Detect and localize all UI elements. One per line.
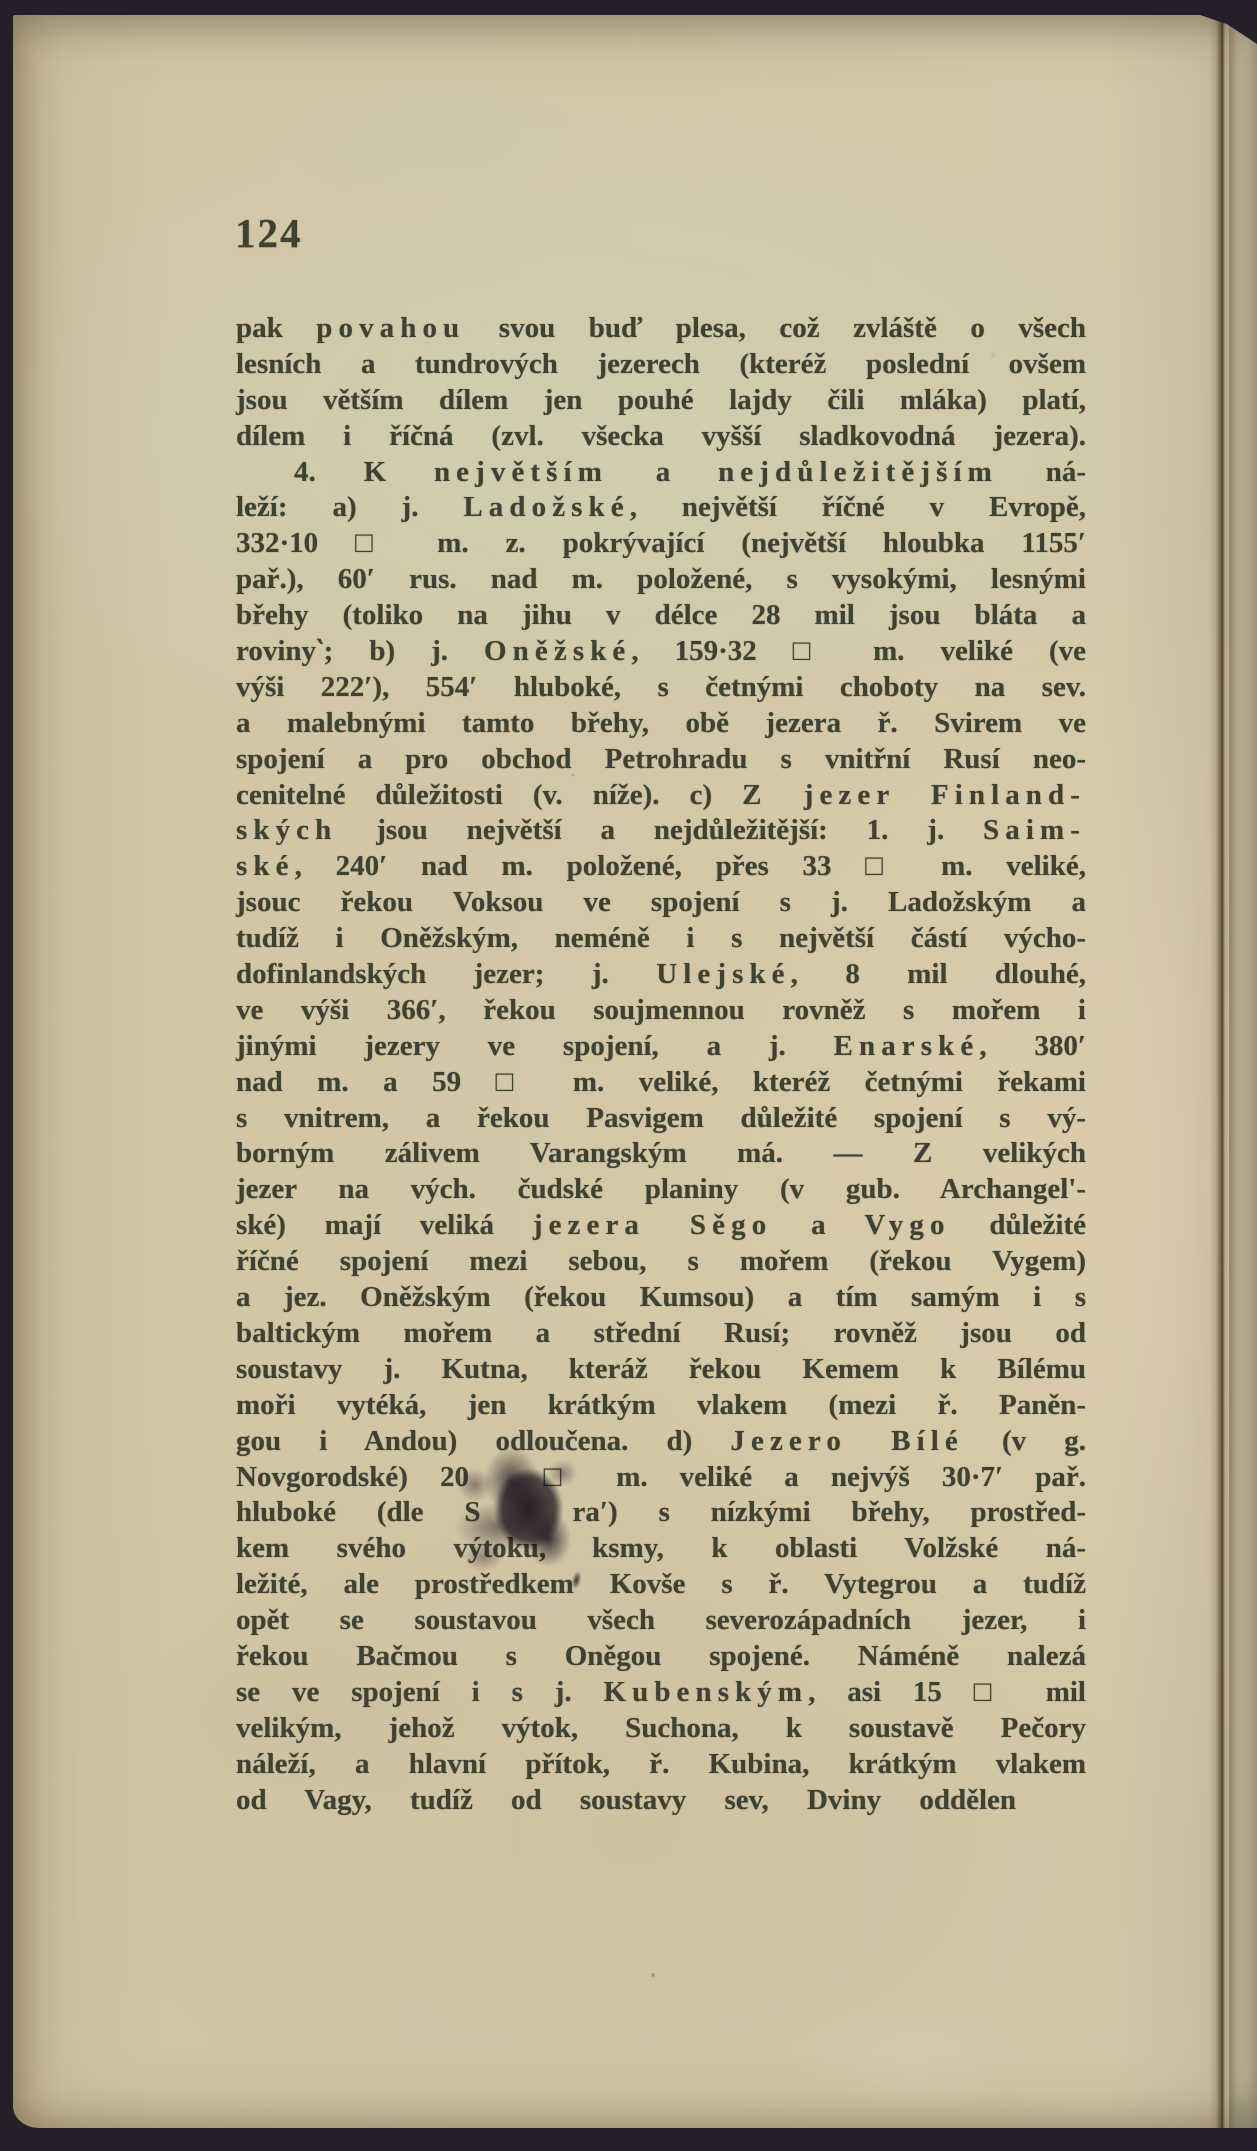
text-segment: Ulejské <box>656 958 790 990</box>
text-segment: Novgorodské) 20 <box>236 1461 469 1493</box>
text-line: opět se soustavou všech severozápadních … <box>236 1603 1086 1639</box>
text-segment: moři vytéká, jen krátkým vlakem (mezi ř.… <box>236 1389 1086 1421</box>
text-segment: , 380′ <box>979 1030 1086 1062</box>
text-line: soustavy j. Kutna, kteráž řekou Kemem k … <box>236 1352 1086 1388</box>
text-segment: cenitelné důležitosti (v. níže). c) <box>236 779 742 811</box>
text-line: roviny‵; b) j. Oněžské, 159·32 □ m. veli… <box>236 634 1086 670</box>
ink-blot <box>452 1440 594 1590</box>
text-line: a malebnými tamto břehy, obě jezera ř. S… <box>236 706 1086 742</box>
text-line: nad m. a 59 □ m. veliké, kteréž četnými … <box>236 1065 1086 1101</box>
text-line: kem svého výtoku,ksmy, k oblasti Volžské… <box>236 1531 1086 1567</box>
text-line: ské, 240′ nad m. položené, přes 33 □ m. … <box>236 849 1086 885</box>
text-line: gou i Andou) odloučena. d) Jezero Bílé (… <box>236 1424 1086 1460</box>
text-line: jezer na vých. čudské planiny (v gub. Ar… <box>236 1172 1086 1208</box>
text-line: od Vagy, tudíž od soustavy sev, Dviny od… <box>236 1783 1016 1819</box>
text-segment: tudíž i Oněžským, neméně i s největší čá… <box>236 922 1086 954</box>
text-segment: dílem i říčná (zvl. všecka vyšší sladkov… <box>236 420 1086 452</box>
text-segment: od Vagy, tudíž od soustavy sev, Dviny od… <box>236 1784 1016 1816</box>
text-segment: se ve spojení i s j. <box>236 1676 603 1708</box>
text-segment: povahou <box>316 312 465 344</box>
text-segment: □ m. veliké a nejvýš 30·7′ pař. <box>521 1461 1086 1493</box>
text-segment: Jezero Bílé <box>730 1425 963 1457</box>
text-segment: s vnitrem, a řekou Pasvigem důležité spo… <box>236 1102 1086 1134</box>
page-fold-shadow <box>1209 15 1229 2128</box>
text-segment: nejdůležitějším <box>718 456 998 488</box>
text-segment: ra′) s nízkými břehy, prostřed- <box>573 1496 1086 1528</box>
text-segment: Enarské <box>834 1030 980 1062</box>
text-line: ve výši 366′, řekou soujmennou rovněž s … <box>236 993 1086 1029</box>
text-segment: důležité <box>951 1209 1086 1241</box>
text-line: leží: a) j. Ladožské, největší říčné v E… <box>236 490 1086 526</box>
text-segment: náleží, a hlavní přítok, ř. Kubina, krát… <box>236 1748 1086 1780</box>
text-segment: 332·10 □ m. z. pokrývající (největší hlo… <box>236 527 1086 559</box>
text-segment: svou buď plesa, což zvláště o všech <box>465 312 1086 344</box>
text-line: 4. K největším a nejdůležitějším ná- <box>236 455 1086 491</box>
text-segment: ležité, ale prostředkem Kovše s ř. Vyteg… <box>236 1568 1086 1600</box>
text-line: řekou Bačmou s Oněgou spojené. Náméně na… <box>236 1639 1086 1675</box>
text-segment: Oněžské <box>484 635 631 667</box>
text-segment: , 8 mil dlouhé, <box>791 958 1086 990</box>
text-line: jsouc řekou Voksou ve spojení s j. Ladož… <box>236 885 1086 921</box>
text-line: ské) mají veliká jezera Sěgo a Vygo důle… <box>236 1208 1086 1244</box>
text-segment: , 240′ nad m. položené, přes 33 □ m. vel… <box>295 850 1086 882</box>
text-segment: Ladožské <box>463 491 629 523</box>
text-line: břehy (toliko na jihu v délce 28 mil jso… <box>236 598 1086 634</box>
text-segment: jsou větším dílem jen pouhé lajdy čili m… <box>236 384 1086 416</box>
text-segment: baltickým mořem a střední Rusí; rovněž j… <box>236 1317 1086 1349</box>
text-segment: a <box>772 1209 864 1241</box>
text-line: pak povahou svou buď plesa, což zvláště … <box>236 311 1086 347</box>
text-segment: výši 222′), 554′ hluboké, s četnými chob… <box>236 671 1086 703</box>
book-scan: 124 pak povahou svou buď plesa, což zvlá… <box>0 0 1257 2151</box>
text-line: ležité, ale prostředkem Kovše s ř. Vyteg… <box>236 1567 1086 1603</box>
page-number: 124 <box>235 209 303 257</box>
text-segment: a jez. Oněžským (řekou Kumsou) a tím sam… <box>236 1281 1086 1313</box>
text-line: spojení a pro obchod Petrohradu s vnitřn… <box>236 742 1086 778</box>
text-segment: borným zálivem Varangským má. — Z veliký… <box>236 1137 1086 1169</box>
text-line: a jez. Oněžským (řekou Kumsou) a tím sam… <box>236 1280 1086 1316</box>
text-line: lesních a tundrových jezerech (kteréž po… <box>236 347 1086 383</box>
text-segment: ve výši 366′, řekou soujmennou rovněž s … <box>236 994 1086 1026</box>
text-line: cenitelné důležitosti (v. níže). c) Z je… <box>236 778 1086 814</box>
text-line: ských jsou největší a nejdůležitější: 1.… <box>236 813 1086 849</box>
adjacent-page-edge <box>1229 15 1257 2128</box>
text-segment: ských <box>236 814 337 846</box>
text-line: tudíž i Oněžským, neméně i s největší čá… <box>236 921 1086 957</box>
text-line: pař.), 60′ rus. nad m. položené, s vysok… <box>236 562 1086 598</box>
text-segment: jinými jezery ve spojení, a j. <box>236 1030 834 1062</box>
text-line: dílem i říčná (zvl. všecka vyšší sladkov… <box>236 419 1086 455</box>
text-segment: 4. K <box>294 456 434 488</box>
text-line: moři vytéká, jen krátkým vlakem (mezi ř.… <box>236 1388 1086 1424</box>
page-text: pak povahou svou buď plesa, což zvláště … <box>236 311 1086 1818</box>
text-segment: ské) mají veliká <box>236 1209 533 1241</box>
text-segment: , 159·32 □ m. veliké (ve <box>631 635 1086 667</box>
text-line: hluboké (dle Sra′) s nízkými břehy, pros… <box>236 1495 1086 1531</box>
text-line: 332·10 □ m. z. pokrývající (největší hlo… <box>236 526 1086 562</box>
text-line: výši 222′), 554′ hluboké, s četnými chob… <box>236 670 1086 706</box>
text-segment: , největší říčné v Evropě, <box>630 491 1086 523</box>
text-segment: opět se soustavou všech severozápadních … <box>236 1604 1086 1636</box>
text-segment: jezera Sěgo <box>533 1209 772 1241</box>
text-segment: Kubenským <box>603 1676 808 1708</box>
text-segment: , asi 15 □ mil <box>808 1676 1086 1708</box>
text-line: jinými jezery ve spojení, a j. Enarské, … <box>236 1029 1086 1065</box>
text-segment: spojení a pro obchod Petrohradu s vnitřn… <box>236 743 1086 775</box>
text-segment: Saim- <box>983 814 1086 846</box>
text-segment: ksmy, k oblasti Volžské ná- <box>592 1532 1086 1564</box>
text-segment: říčné spojení mezi sebou, s mořem (řekou… <box>236 1245 1086 1277</box>
text-segment: pař.), 60′ rus. nad m. položené, s vysok… <box>236 563 1086 595</box>
text-segment: pak <box>236 312 316 344</box>
text-segment: a <box>608 456 718 488</box>
text-segment: Vygo <box>864 1209 950 1241</box>
text-segment: jezer na vých. čudské planiny (v gub. Ar… <box>236 1173 1086 1205</box>
text-segment: největším <box>434 456 608 488</box>
text-line: velikým, jehož výtok, Suchona, k soustav… <box>236 1711 1086 1747</box>
text-segment: ná- <box>998 456 1086 488</box>
text-line: baltickým mořem a střední Rusí; rovněž j… <box>236 1316 1086 1352</box>
text-segment: břehy (toliko na jihu v délce 28 mil jso… <box>236 599 1086 631</box>
text-segment: velikým, jehož výtok, Suchona, k soustav… <box>236 1712 1086 1744</box>
text-segment: Z jezer Finland- <box>742 779 1086 811</box>
text-segment: roviny‵; b) j. <box>236 635 484 667</box>
text-segment: a malebnými tamto břehy, obě jezera ř. S… <box>236 707 1086 739</box>
text-segment: jsou největší a nejdůležitější: 1. j. <box>337 814 983 846</box>
text-segment: jsouc řekou Voksou ve spojení s j. Ladož… <box>236 886 1086 918</box>
text-segment: leží: a) j. <box>236 491 463 523</box>
text-segment: nad m. a 59 □ m. veliké, kteréž četnými … <box>236 1066 1086 1098</box>
text-segment: lesních a tundrových jezerech (kteréž po… <box>236 348 1086 380</box>
book-page: 124 pak povahou svou buď plesa, což zvlá… <box>13 15 1257 2128</box>
text-line: se ve spojení i s j. Kubenským, asi 15 □… <box>236 1675 1086 1711</box>
text-segment: hluboké (dle S <box>236 1496 481 1528</box>
text-line: dofinlandských jezer; j. Ulejské, 8 mil … <box>236 957 1086 993</box>
text-line: jsou větším dílem jen pouhé lajdy čili m… <box>236 383 1086 419</box>
text-line: říčné spojení mezi sebou, s mořem (řekou… <box>236 1244 1086 1280</box>
text-line: borným zálivem Varangským má. — Z veliký… <box>236 1136 1086 1172</box>
text-segment: řekou Bačmou s Oněgou spojené. Náméně na… <box>236 1640 1086 1672</box>
text-segment: dofinlandských jezer; j. <box>236 958 656 990</box>
text-line: Novgorodské) 20□ m. veliké a nejvýš 30·7… <box>236 1460 1086 1496</box>
text-segment: soustavy j. Kutna, kteráž řekou Kemem k … <box>236 1353 1086 1385</box>
text-line: s vnitrem, a řekou Pasvigem důležité spo… <box>236 1101 1086 1137</box>
text-segment: (v g. <box>964 1425 1086 1457</box>
text-segment: ské <box>236 850 295 882</box>
text-line: náleží, a hlavní přítok, ř. Kubina, krát… <box>236 1747 1086 1783</box>
